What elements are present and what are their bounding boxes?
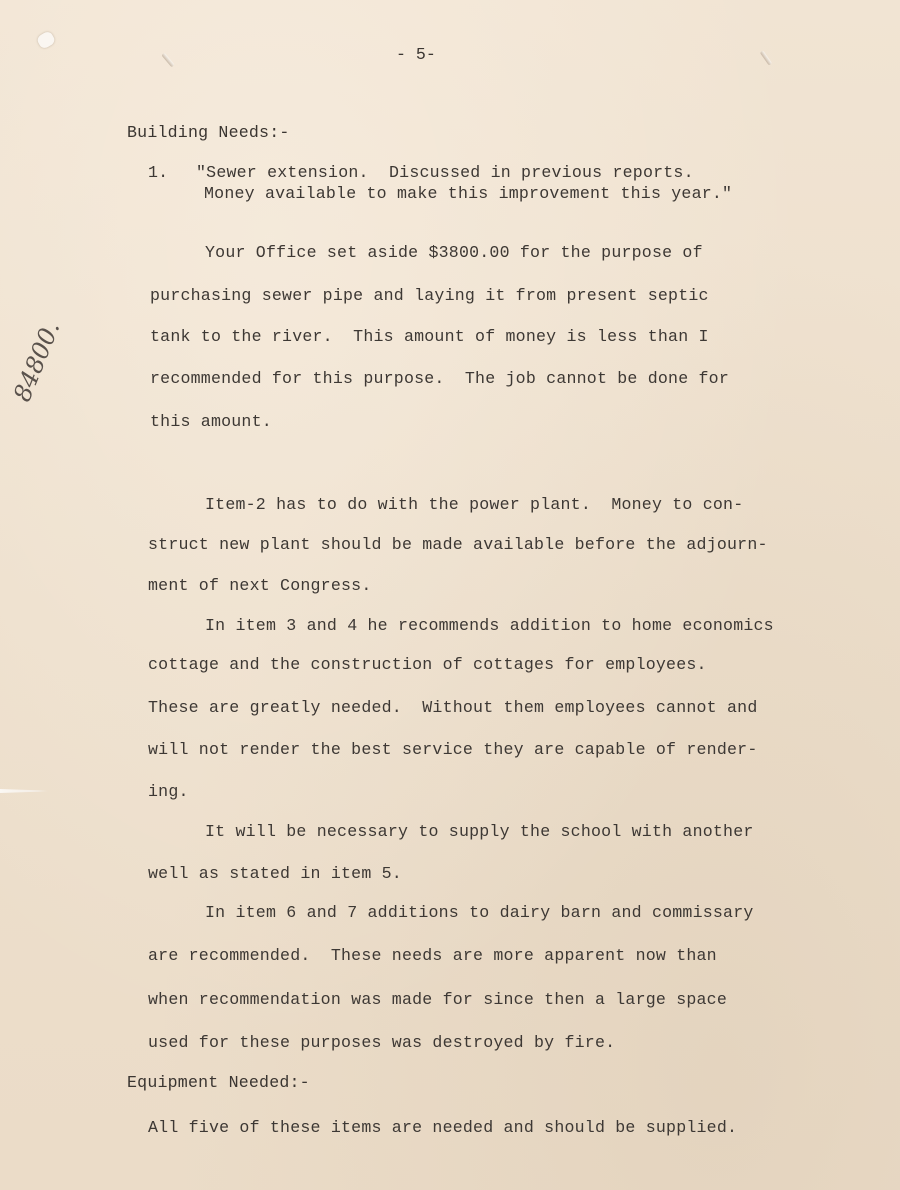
staple-mark	[161, 53, 174, 68]
paper-tear	[0, 789, 48, 793]
paragraph-line: struct new plant should be made availabl…	[148, 537, 768, 554]
paragraph-line: will not render the best service they ar…	[148, 742, 757, 759]
quoted-item-number: 1.	[148, 165, 168, 182]
quoted-item-line: Money available to make this improvement…	[204, 186, 732, 203]
paragraph-line: when recommendation was made for since t…	[148, 992, 727, 1009]
paragraph-line: purchasing sewer pipe and laying it from…	[150, 288, 709, 305]
paragraph-line: ing.	[148, 784, 189, 801]
paragraph-line: are recommended. These needs are more ap…	[148, 948, 717, 965]
paragraph-line: this amount.	[150, 414, 272, 431]
paragraph-line: In item 6 and 7 additions to dairy barn …	[205, 905, 754, 922]
paragraph-line: well as stated in item 5.	[148, 866, 402, 883]
paragraph-line: cottage and the construction of cottages…	[148, 657, 707, 674]
paragraph-line: These are greatly needed. Without them e…	[148, 700, 757, 717]
paragraph-line: used for these purposes was destroyed by…	[148, 1035, 615, 1052]
paragraph-line: recommended for this purpose. The job ca…	[150, 371, 729, 388]
staple-mark	[760, 50, 772, 65]
paragraph-line: In item 3 and 4 he recommends addition t…	[205, 618, 774, 635]
paragraph-line: Your Office set aside $3800.00 for the p…	[205, 245, 703, 262]
margin-handwritten-note: 84800.	[8, 317, 65, 405]
paragraph-line: tank to the river. This amount of money …	[150, 329, 709, 346]
section-heading-equipment-needed: Equipment Needed:-	[127, 1075, 310, 1092]
quoted-item-line: "Sewer extension. Discussed in previous …	[196, 165, 694, 182]
section-heading-building-needs: Building Needs:-	[127, 125, 290, 142]
page-number: - 5-	[396, 45, 436, 64]
paragraph-line: It will be necessary to supply the schoo…	[205, 824, 754, 841]
punch-hole	[36, 30, 57, 50]
paragraph-line: All five of these items are needed and s…	[148, 1120, 737, 1137]
paragraph-line: Item-2 has to do with the power plant. M…	[205, 497, 743, 514]
paragraph-line: ment of next Congress.	[148, 578, 371, 595]
